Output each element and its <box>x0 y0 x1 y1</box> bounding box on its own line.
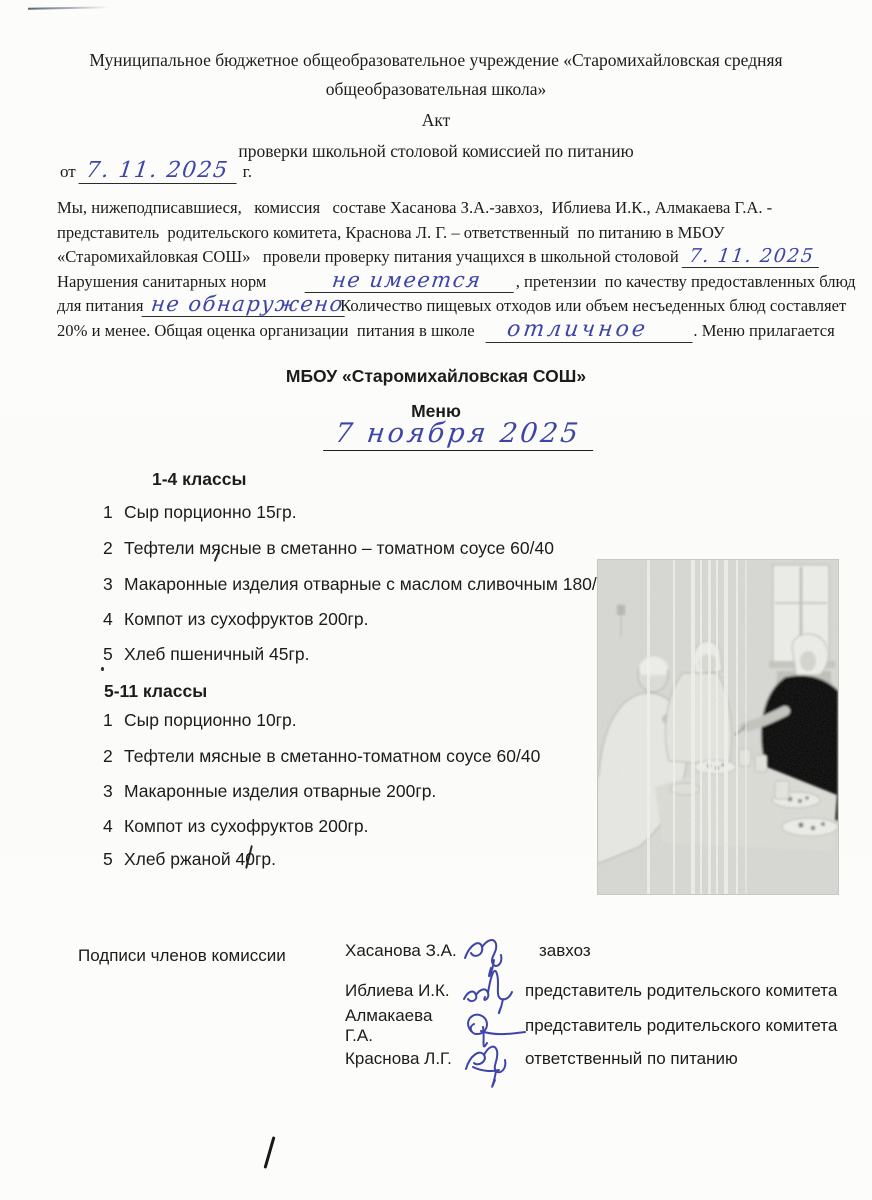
signer-role: ответственный по питанию <box>525 1049 738 1069</box>
paragraph-line: «Старомихайловкая СОШ» провели проверку … <box>57 245 857 270</box>
stray-pen-dot <box>101 667 104 671</box>
menu-item: 2Тефтели мясные в сметанно – томатном со… <box>103 538 554 559</box>
menu-item: 3Макаронные изделия отварные с маслом сл… <box>103 574 607 595</box>
menu-item-text: Сыр порционно 15гр. <box>124 502 297 523</box>
signature-squiggle <box>461 1009 525 1043</box>
menu-item-text: Макаронные изделия отварные с маслом сли… <box>124 574 607 595</box>
menu-item: 2Тефтели мясные в сметанно-томатном соус… <box>103 746 540 767</box>
paragraph-text: «Старомихайловкая СОШ» провели проверку … <box>57 247 679 266</box>
date-prefix: от <box>60 162 76 181</box>
menu-item-text: Хлеб ржаной 40гр. <box>124 849 276 870</box>
document-type-title: Акт <box>0 110 872 131</box>
handwritten-complaints-answer: не обнаружено <box>142 294 347 317</box>
signature-row: Алмакаева Г.А. представитель родительско… <box>345 1013 837 1039</box>
paragraph-line: представитель родительского комитета, Кр… <box>57 221 857 246</box>
handwritten-menu-date: 7 ноября 2025 <box>323 420 596 451</box>
signer-role: представитель родительского комитета <box>525 981 837 1001</box>
menu-item-number: 4 <box>103 609 124 630</box>
menu-item-number: 1 <box>103 502 124 523</box>
menu-item-number: 2 <box>103 538 124 559</box>
signature-row: Краснова Л.Г. ответственный по питанию <box>345 1046 738 1072</box>
paragraph-text: для питания <box>57 296 143 315</box>
org-title-line2: общеобразовательная школа» <box>0 79 872 100</box>
canteen-photo <box>597 559 839 895</box>
paragraph-text: , претензии по качеству предоставленных … <box>516 272 856 291</box>
act-date-line: от 7. 11. 2025 г. <box>60 160 252 184</box>
paragraph-text: . Меню прилагается <box>693 321 834 340</box>
menu-item-text: Тефтели мясные в сметанно – томатном соу… <box>124 538 554 559</box>
menu-item: 4Компот из сухофруктов 200гр. <box>103 609 369 630</box>
menu-item-number: 1 <box>103 710 124 731</box>
signer-name: Хасанова З.А. <box>345 941 461 961</box>
signature-row: Хасанова З.А. завхоз <box>345 938 591 964</box>
menu-date-wrap: 7 ноября 2025 <box>0 420 872 451</box>
org-title-line1: Муниципальное бюджетное общеобразователь… <box>0 50 872 71</box>
signature-squiggle <box>461 974 525 1008</box>
signer-name: Алмакаева Г.А. <box>345 1006 461 1046</box>
menu-item: 1Сыр порционно 15гр. <box>103 502 297 523</box>
paragraph-line: 20% и менее. Общая оценка организации пи… <box>57 319 857 344</box>
date-suffix: г. <box>243 162 252 181</box>
signatures-caption: Подписи членов комиссии <box>78 946 286 966</box>
menu-item-number: 4 <box>103 816 124 837</box>
handwritten-act-date: 7. 11. 2025 <box>78 160 239 184</box>
menu-item: 4Компот из сухофруктов 200гр. <box>103 816 369 837</box>
signature-squiggle <box>461 934 525 968</box>
menu-item-number: 5 <box>103 644 124 665</box>
menu-item-text: Макаронные изделия отварные 200гр. <box>124 781 436 802</box>
menu-item: 5Хлеб пшеничный 45гр. <box>103 644 309 665</box>
menu-item: 5Хлеб ржаной 40гр. <box>103 849 276 870</box>
handwritten-inspection-date: 7. 11. 2025 <box>681 247 821 268</box>
menu-item-number: 3 <box>103 781 124 802</box>
signature-row: Иблиева И.К. представитель родительского… <box>345 978 837 1004</box>
paragraph-text: Нарушения санитарных норм <box>57 272 266 291</box>
paragraph-line: Мы, нижеподписавшиеся, комиссия составе … <box>57 196 857 221</box>
menu-item-text: Компот из сухофруктов 200гр. <box>124 816 369 837</box>
act-body-paragraph: Мы, нижеподписавшиеся, комиссия составе … <box>57 196 857 344</box>
menu-group-label-secondary: 5-11 классы <box>104 681 207 702</box>
menu-item: 1Сыр порционно 10гр. <box>103 710 297 731</box>
menu-group-label-primary: 1-4 классы <box>152 469 246 490</box>
handwritten-overall-grade: отличное <box>485 319 695 343</box>
handwritten-violations-answer: не имеется <box>305 270 517 293</box>
paragraph-line: для питанияне обнаруженоКоличество пищев… <box>57 294 857 319</box>
signer-name: Иблиева И.К. <box>345 981 461 1001</box>
menu-item-number: 3 <box>103 574 124 595</box>
menu-item-number: 2 <box>103 746 124 767</box>
paragraph-text: 20% и менее. Общая оценка организации пи… <box>57 321 475 340</box>
scan-artifact-line <box>28 6 110 9</box>
menu-school-name: МБОУ «Старомихайловская СОШ» <box>0 366 872 387</box>
signer-name: Краснова Л.Г. <box>345 1049 461 1069</box>
menu-item-text: Сыр порционно 10гр. <box>124 710 297 731</box>
document-page: Муниципальное бюджетное общеобразователь… <box>0 0 872 1200</box>
signer-role: представитель родительского комитета <box>525 1016 837 1036</box>
menu-item: 3Макаронные изделия отварные 200гр. <box>103 781 436 802</box>
paragraph-line: Нарушения санитарных нормне имеется, пре… <box>57 270 857 295</box>
menu-item-text: Тефтели мясные в сметанно-томатном соусе… <box>124 746 540 767</box>
paragraph-text: Количество пищевых отходов или объем нес… <box>340 296 846 315</box>
canteen-photo-image <box>597 559 839 895</box>
menu-item-number: 5 <box>103 849 124 870</box>
signer-role: завхоз <box>539 941 591 961</box>
menu-item-text: Хлеб пшеничный 45гр. <box>124 644 309 665</box>
bottom-pen-slash <box>264 1136 276 1169</box>
signature-squiggle <box>461 1042 525 1076</box>
menu-item-text: Компот из сухофруктов 200гр. <box>124 609 369 630</box>
